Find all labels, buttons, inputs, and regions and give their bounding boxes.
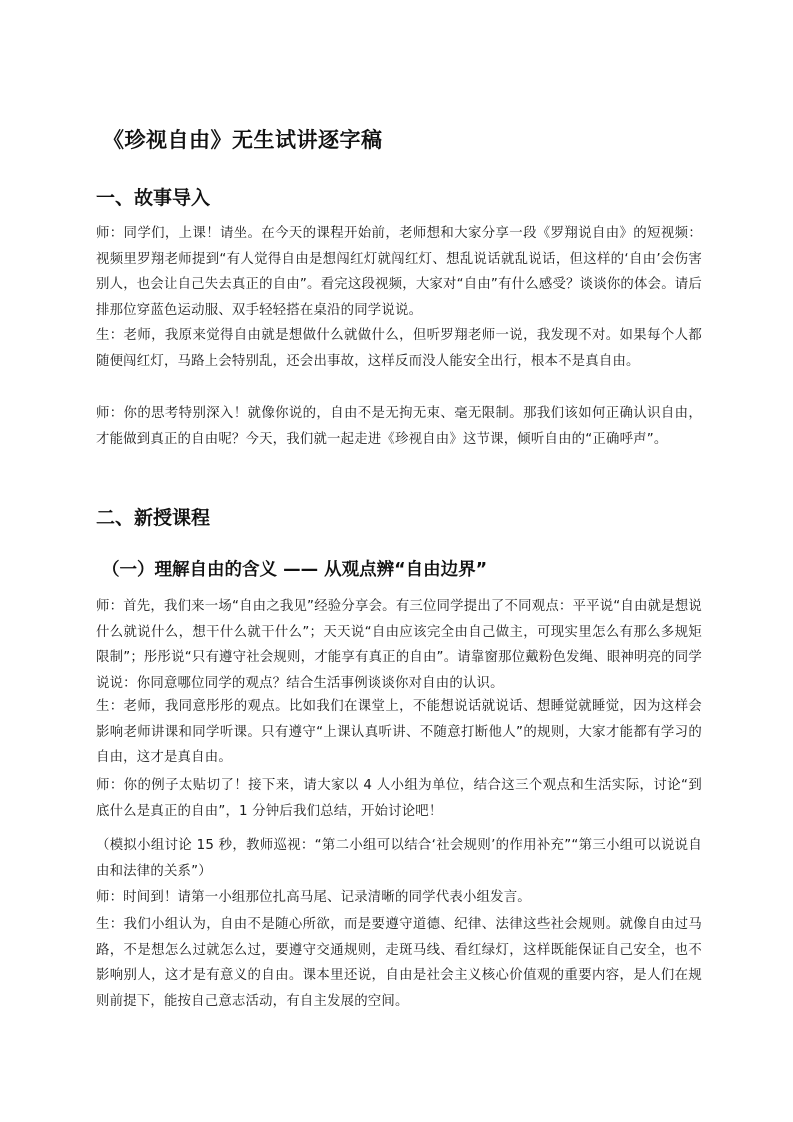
paragraph-teacher-viewpoints: 师：首先，我们来一场“自由之我见”经验分享会。有三位同学提出了不同观点：平平说“…	[96, 594, 702, 696]
paragraph-student-agree: 生：老师，我同意彤彤的观点。比如我们在课堂上，不能想说话就说话、想睡觉就睡觉，因…	[96, 694, 702, 771]
section-heading-story-intro: 一、故事导入	[96, 183, 210, 210]
paragraph-teacher-time-up: 师：时间到！请第一小组那位扎高马尾、记录清晰的同学代表小组发言。	[96, 885, 702, 911]
paragraph-teacher-group-task: 师：你的例子太贴切了！接下来，请大家以 4 人小组为单位，结合这三个观点和生活实…	[96, 773, 702, 824]
paragraph-teacher-intro: 师：同学们，上课！请坐。在今天的课程开始前，老师想和大家分享一段《罗翔说自由》的…	[96, 221, 702, 323]
subsection-heading-meaning-of-freedom: （一）理解自由的含义 —— 从观点辨“自由边界”	[102, 556, 487, 581]
paragraph-teacher-transition: 师：你的思考特别深入！就像你说的，自由不是无拘无束、毫无限制。那我们该如何正确认…	[96, 401, 702, 452]
paragraph-student-response: 生：老师，我原来觉得自由就是想做什么就做什么，但听罗翔老师一说，我发现不对。如果…	[96, 323, 702, 374]
paragraph-group-report: 生：我们小组认为，自由不是随心所欲，而是要遵守道德、纪律、法律这些社会规则。就像…	[96, 912, 702, 1014]
paragraph-discussion-note: （模拟小组讨论 15 秒，教师巡视：“第二小组可以结合‘社会规则’的作用补充”“…	[96, 833, 702, 884]
section-heading-new-lesson: 二、新授课程	[96, 503, 210, 530]
document-title: 《珍视自由》无生试讲逐字稿	[103, 124, 383, 154]
